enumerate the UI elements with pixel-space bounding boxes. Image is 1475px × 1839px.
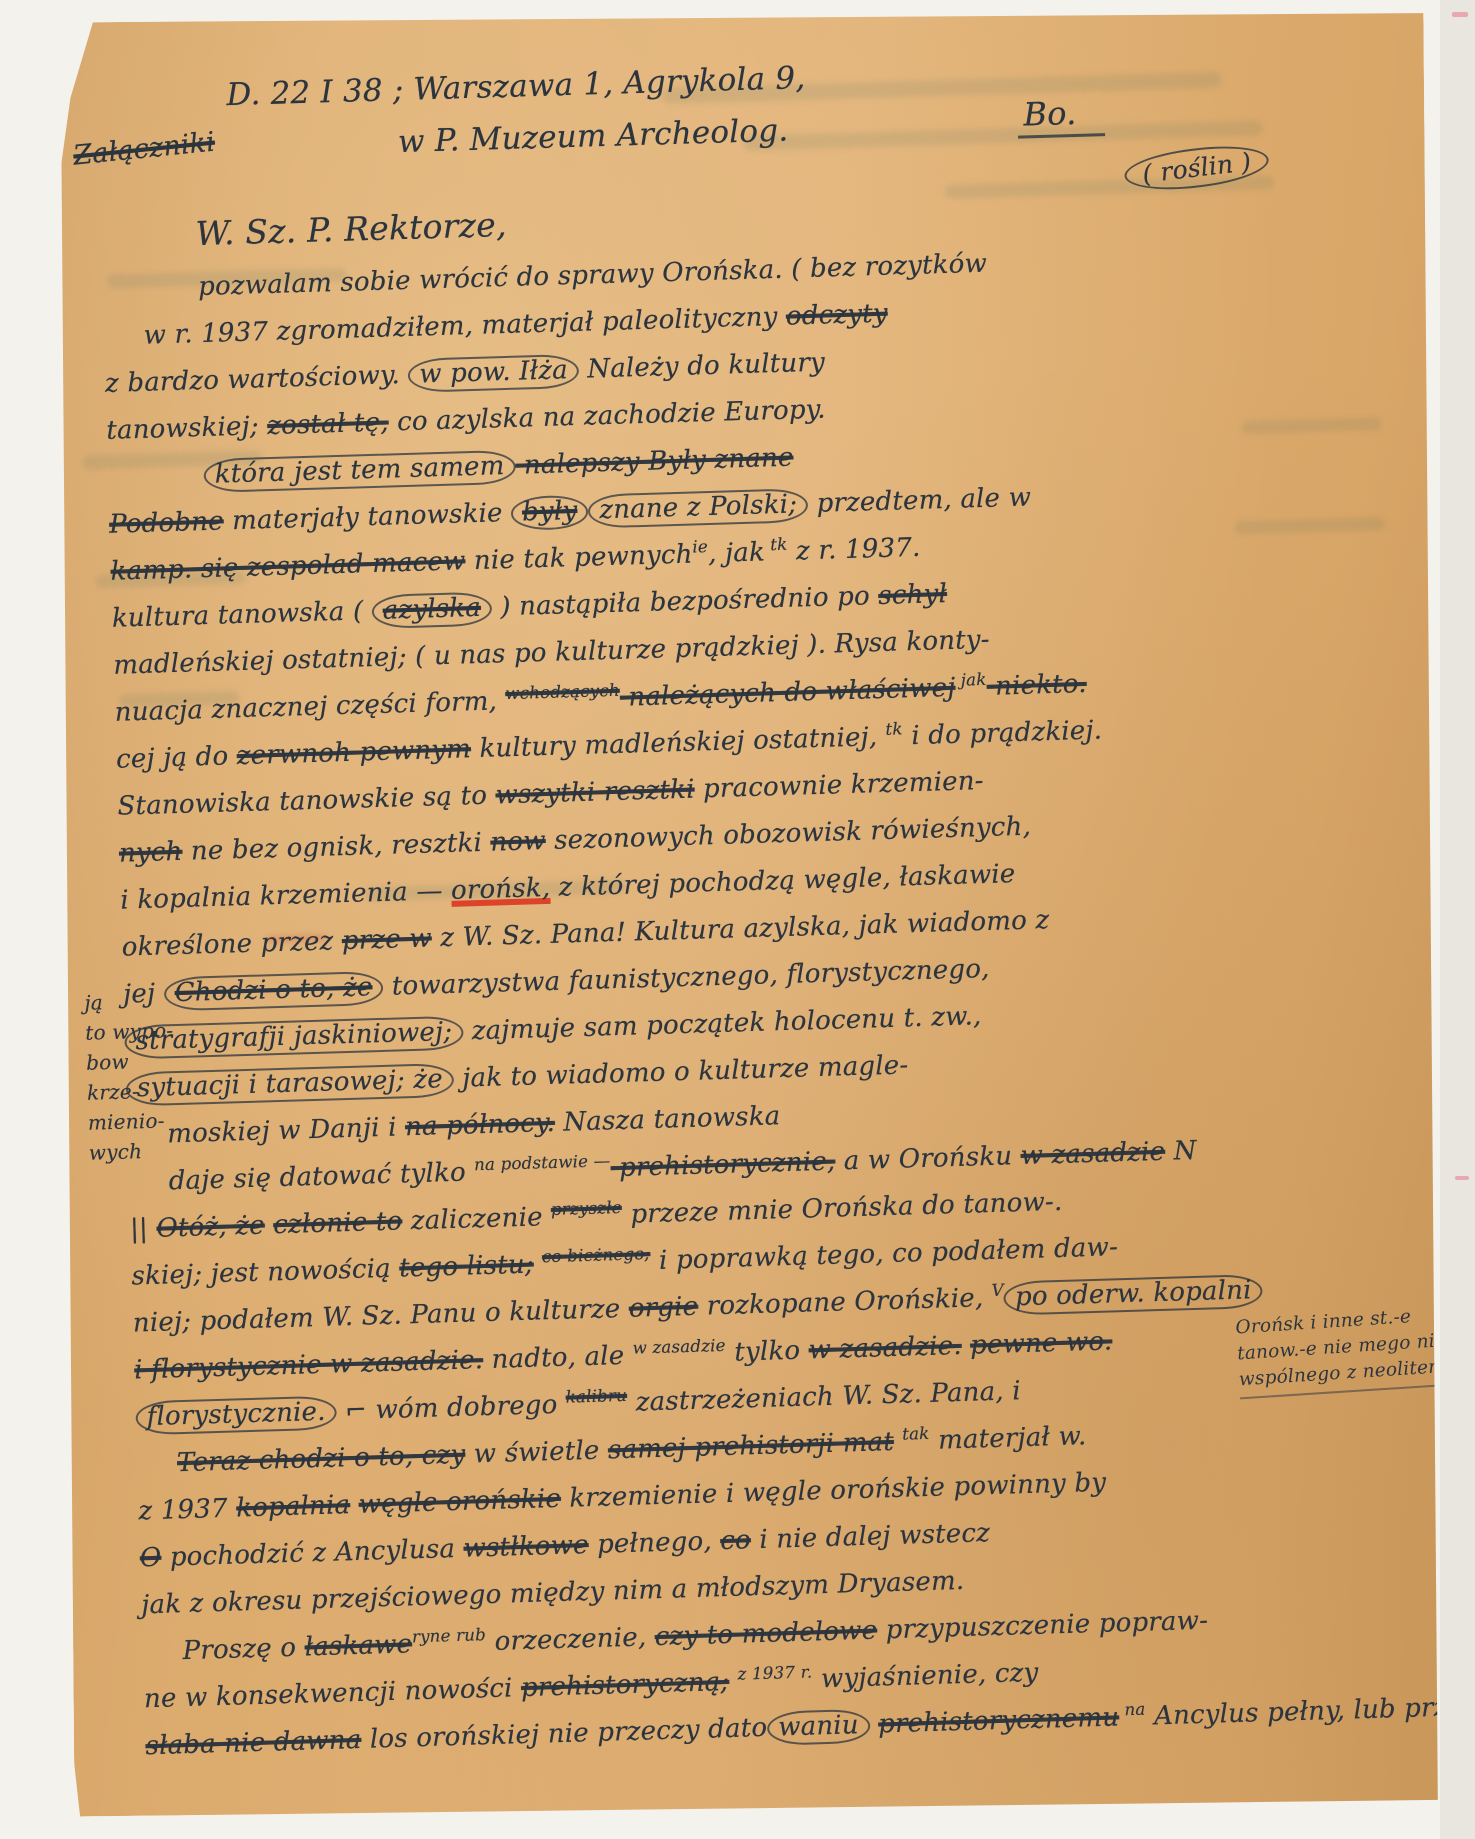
inserted-text: na podstawie — xyxy=(474,1151,611,1174)
inserted-text: tk xyxy=(764,535,787,555)
handwritten-text: z r. 1937. xyxy=(787,533,921,567)
scanner-background-strip xyxy=(1440,0,1475,1839)
manuscript-content: D. 22 I 38 ; Warszawa 1, Agrykola 9, w P… xyxy=(40,0,1459,1830)
margin-note-line: to wypo- xyxy=(85,1015,181,1048)
handwritten-text: zajmuje sam początek holocenu t. zw., xyxy=(463,1001,982,1046)
inserted-text: z 1937 r. xyxy=(737,1662,812,1683)
handwritten-text: moskiej w Danji i xyxy=(167,1112,406,1149)
struck-text: prehistoryczną; xyxy=(521,1667,730,1703)
struck-text: Teraz chodzi o to, czy xyxy=(177,1440,466,1479)
handwritten-text xyxy=(893,1427,902,1457)
date-line: D. 22 I 38 ; Warszawa 1, Agrykola 9, xyxy=(226,60,806,113)
struck-text: odczyty xyxy=(785,299,888,332)
handwritten-text: ⌐ wóm dobrego xyxy=(336,1390,566,1427)
struck-text: i florystycznie w zasadzie. xyxy=(134,1345,484,1385)
scanned-letter-page: { "page": { "background_color": "#f4f2ed… xyxy=(0,0,1475,1839)
struck-text: prehistorycznie, xyxy=(610,1147,836,1184)
struck-text: Były znane xyxy=(639,442,794,477)
struck-text: tego listu; xyxy=(399,1250,534,1284)
handwritten-text: przypuszczenie popraw- xyxy=(877,1606,1209,1646)
inserted-text: w zasadzie xyxy=(632,1336,726,1358)
handwritten-text: materjały tanowskie xyxy=(223,498,511,537)
handwritten-text: krzemienie i węgle orońskie powinny by xyxy=(560,1468,1106,1514)
handwritten-text: Proszę o xyxy=(182,1633,305,1667)
handwritten-text: Stanowiska tanowskie są to xyxy=(117,780,496,821)
handwritten-text: materjał paleolityczny xyxy=(481,302,786,341)
handwritten-text: tylko xyxy=(725,1335,809,1367)
inserted-text: ryne rub xyxy=(412,1625,487,1646)
crossed-out-attachments-note: Załączniki xyxy=(72,127,216,172)
struck-text: orgie xyxy=(628,1292,698,1324)
inserted-text: V xyxy=(991,1281,1004,1300)
handwritten-text: pochodzić z Ancylusa xyxy=(161,1534,464,1573)
manuscript-paper: D. 22 I 38 ; Warszawa 1, Agrykola 9, w P… xyxy=(57,9,1440,1816)
struck-text: Otóż, że xyxy=(156,1211,265,1244)
struck-text: co bieżnego; xyxy=(542,1244,651,1266)
struck-text: przyszłe xyxy=(551,1198,622,1219)
circled-phrase: Chodzi o to, że xyxy=(163,971,384,1011)
handwritten-text: ) nastąpiła bezpośrednio po xyxy=(491,581,878,622)
struck-text: nalepszy xyxy=(515,447,640,481)
struck-text: na północy. xyxy=(405,1108,556,1142)
struck-text: co xyxy=(720,1525,752,1556)
handwritten-text: N xyxy=(1165,1136,1197,1167)
struck-text: zerwnoh pewnym xyxy=(236,734,471,771)
handwritten-text: z bardzo wartościowy. xyxy=(105,360,409,399)
handwritten-text: określone przez xyxy=(121,926,342,963)
handwritten-text: wyjaśnienie, czy xyxy=(812,1658,1039,1695)
initials-mark: Bo. xyxy=(1017,93,1105,139)
inserted-text: tak xyxy=(902,1424,930,1444)
left-margin-note: jąto wypo-bowkrze-mienio-wych xyxy=(84,985,184,1168)
handwritten-text: nie tak pewnych xyxy=(465,540,693,577)
margin-note-line: ją xyxy=(84,985,180,1018)
circled-phrase: były xyxy=(511,495,589,531)
handwritten-text: nuacja znacznej części form, xyxy=(114,686,506,728)
handwritten-text: kultury madleńskiej ostatniej, xyxy=(471,722,887,764)
inserted-text: jak xyxy=(955,670,987,690)
struck-text: kalibru xyxy=(565,1386,627,1407)
struck-text: w zasadzie xyxy=(1020,1137,1165,1171)
handwritten-text: rozkopane Orońskie, xyxy=(698,1283,992,1322)
struck-text: węgle orońskie xyxy=(358,1484,561,1520)
margin-note-line: wych xyxy=(88,1135,184,1168)
struck-text: nych xyxy=(119,837,183,869)
struck-text: w zasadzie. xyxy=(808,1331,962,1366)
circled-phrase: waniu xyxy=(767,1709,871,1746)
struck-text: samej prehistorji mat xyxy=(608,1427,895,1465)
handwritten-text: ne w konsekwencji nowości xyxy=(144,1673,522,1714)
struck-text: prze w xyxy=(341,923,432,956)
handwritten-text: || xyxy=(130,1214,157,1245)
handwritten-text: nadto, ale xyxy=(483,1341,633,1375)
handwritten-text: ( bez rozytków xyxy=(782,249,987,285)
manuscript-body: pozwalam sobie wrócić do sprawy Orońska.… xyxy=(102,229,1436,1771)
struck-text: wchodzących xyxy=(505,681,620,703)
handwritten-text: cej ją do xyxy=(116,741,238,775)
handwritten-text: los orońskiej nie przeczy dato xyxy=(361,1713,768,1755)
circled-phrase: która jest tem samem xyxy=(203,450,516,493)
struck-text: należących do właściwej xyxy=(619,673,955,713)
circled-phrase: po oderw. kopalni xyxy=(1004,1274,1264,1315)
handwritten-text: i poprawką tego, co podałem daw- xyxy=(650,1232,1118,1276)
handwritten-text: przeze mnie Orońska do tanow-. xyxy=(622,1187,1063,1230)
handwritten-text: Nasza tanowska xyxy=(554,1101,780,1138)
handwritten-text: pracownie krzemien- xyxy=(694,766,984,805)
handwritten-text: materjał w. xyxy=(929,1421,1087,1456)
struck-text: kopalnia xyxy=(236,1490,351,1523)
margin-note-line: bow xyxy=(86,1045,182,1078)
struck-text: wszytki resztki xyxy=(495,775,695,811)
margin-note-line: krze- xyxy=(87,1075,183,1108)
handwritten-text: skiej; jest nowością xyxy=(131,1254,400,1292)
handwritten-text: z 1937 xyxy=(138,1493,237,1526)
handwritten-text: jak to wiadomo o kulturze magle- xyxy=(453,1050,908,1093)
circled-phrase: znane z Polski; xyxy=(588,488,809,528)
inserted-text: na xyxy=(1119,1700,1146,1720)
struck-text: Podobne xyxy=(109,506,224,539)
struck-text: członie to xyxy=(273,1206,403,1240)
scan-artifact xyxy=(1455,1176,1469,1180)
struck-text: prehistorycznemu xyxy=(878,1702,1120,1739)
address-line: w P. Muzeum Archeolog. xyxy=(397,112,788,160)
handwritten-text: sezonowych obozowisk rówieśnych, xyxy=(545,812,1031,856)
handwritten-text: pozwalam sobie wrócić do sprawy Orońska. xyxy=(198,255,783,302)
handwritten-text: Ancylus pełny, lub przejściowy. 1. xyxy=(1145,1688,1475,1731)
struck-text: now xyxy=(490,826,546,858)
circled-phrase: florystycznie. xyxy=(135,1395,337,1435)
handwritten-text: , jak xyxy=(708,537,766,569)
handwritten-text: a w Orońsku xyxy=(835,1141,1021,1176)
struck-text: słaba nie dawna xyxy=(145,1725,362,1761)
struck-text: czy to modelowe xyxy=(654,1616,877,1653)
struck-text: wstłkowe xyxy=(463,1530,589,1564)
margin-note-line: mienio- xyxy=(87,1105,183,1138)
handwritten-text: zaliczenie xyxy=(402,1202,552,1236)
handwritten-text: w r. 1937 zgromadziłem, xyxy=(143,311,482,351)
handwritten-text: niej; podałem W. Sz. Panu o kulturze xyxy=(132,1294,629,1339)
handwritten-text: Należy do kultury xyxy=(578,348,825,385)
struck-text: O xyxy=(139,1543,161,1574)
handwritten-text: zastrzeżeniach W. Sz. Pana, i xyxy=(627,1376,1021,1418)
struck-text: łaskawe xyxy=(304,1629,412,1662)
circled-phrase: azylska xyxy=(371,591,492,628)
ink-bleedthrough xyxy=(743,120,1263,150)
struck-text: został tę, xyxy=(267,407,389,441)
struck-text: pewne wo. xyxy=(970,1326,1113,1360)
inserted-text: ie xyxy=(692,537,708,556)
struck-text: niekto. xyxy=(986,669,1087,702)
scan-artifact xyxy=(1452,12,1468,17)
handwritten-text: i kopalnia krzemienia — xyxy=(120,876,452,916)
handwritten-text: pełnego, xyxy=(588,1526,721,1560)
circled-margin-note: ( roślin ) xyxy=(1122,140,1271,196)
handwritten-text: w świetle xyxy=(465,1435,609,1469)
handwritten-text: ne bez ognisk, resztki xyxy=(182,828,491,867)
handwritten-text: tanowskiej; xyxy=(106,411,268,446)
red-underlined-word: orońsk, xyxy=(451,873,551,908)
struck-text: kamp. się zespolad macew xyxy=(110,546,466,587)
handwritten-text: daje się datować tylko xyxy=(168,1157,474,1196)
circled-phrase: w pow. Iłża xyxy=(408,354,580,393)
handwritten-text: orzeczenie, xyxy=(486,1622,655,1657)
handwritten-text: kultura tanowska ( xyxy=(112,596,373,634)
handwritten-text: co azylska na zachodzie Europy. xyxy=(388,395,826,438)
struck-text: schył xyxy=(878,579,948,611)
handwritten-text: i do prądzkiej. xyxy=(902,715,1102,751)
inserted-text: tk xyxy=(885,719,903,739)
right-margin-note: Orońsk i inne st.-etanow.-e nie mego nic… xyxy=(1235,1302,1455,1400)
handwritten-text: przedtem, ale w xyxy=(808,482,1032,519)
salutation: W. Sz. P. Rektorze, xyxy=(195,205,507,253)
handwritten-text: z której pochodzą węgle, łaskawie xyxy=(550,859,1016,903)
handwritten-text: i nie dalej wstecz xyxy=(750,1518,990,1555)
